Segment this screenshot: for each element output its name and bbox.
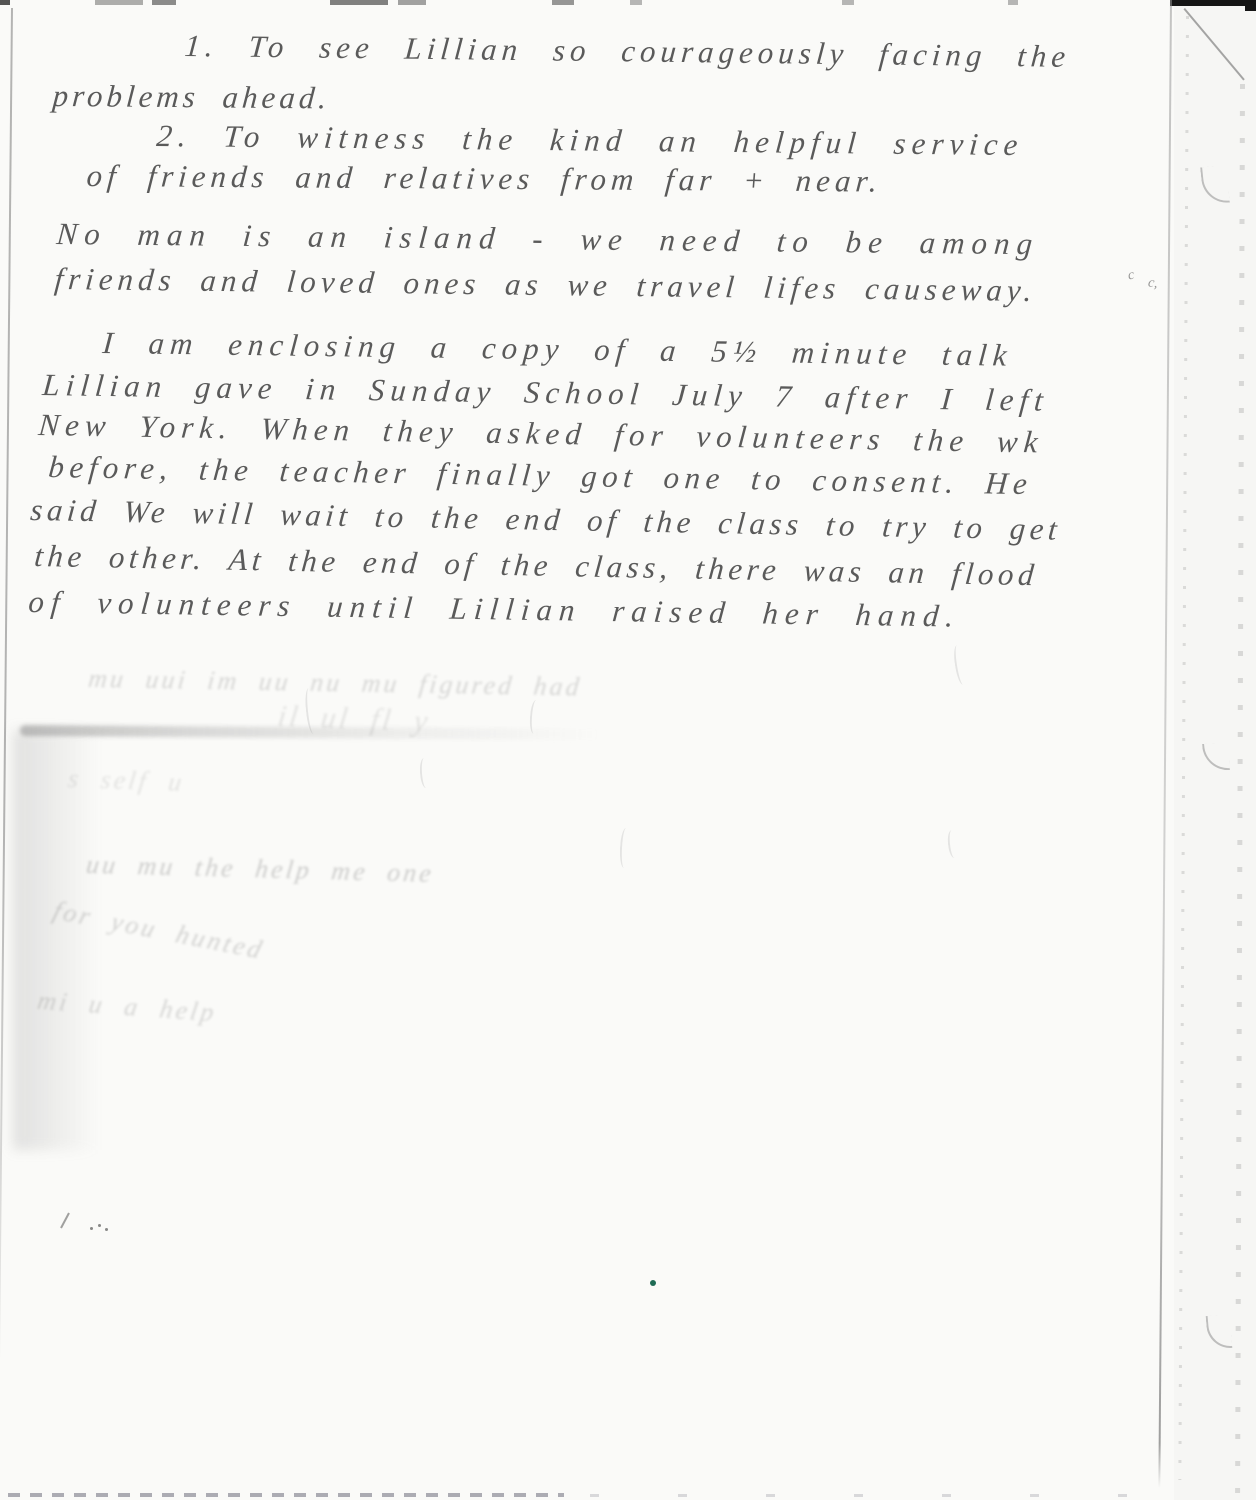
handwriting-line-2: problems ahead. xyxy=(52,80,332,113)
handwriting-line-4: of friends and relatives from far + near… xyxy=(86,160,884,197)
photocopy-shading xyxy=(13,730,113,1150)
scan-edge-artifact xyxy=(152,0,176,5)
pen-speck xyxy=(90,1227,93,1230)
scan-edge-artifact xyxy=(330,0,388,5)
scan-bottom-artifact xyxy=(590,1494,1190,1497)
scan-corner-artifact xyxy=(1245,0,1256,11)
scan-corner-artifact xyxy=(1170,0,1256,6)
scan-edge-artifact xyxy=(398,0,426,5)
scan-edge-artifact xyxy=(0,0,10,5)
scan-edge-artifact xyxy=(1008,0,1018,5)
scan-bottom-artifact xyxy=(8,1493,564,1497)
pen-speck xyxy=(105,1228,108,1231)
handwriting-line-3: 2. To witness the kind an helpful servic… xyxy=(156,120,1025,160)
pen-speck xyxy=(98,1224,101,1227)
scan-edge-artifact xyxy=(842,0,854,5)
green-ink-dot xyxy=(650,1280,656,1286)
scan-edge-artifact xyxy=(630,0,642,5)
scan-edge-artifact xyxy=(95,0,143,5)
scan-edge-artifact xyxy=(552,0,574,5)
scanned-letter-page: c c, 1. To see Lillian so courageously f… xyxy=(0,0,1256,1500)
